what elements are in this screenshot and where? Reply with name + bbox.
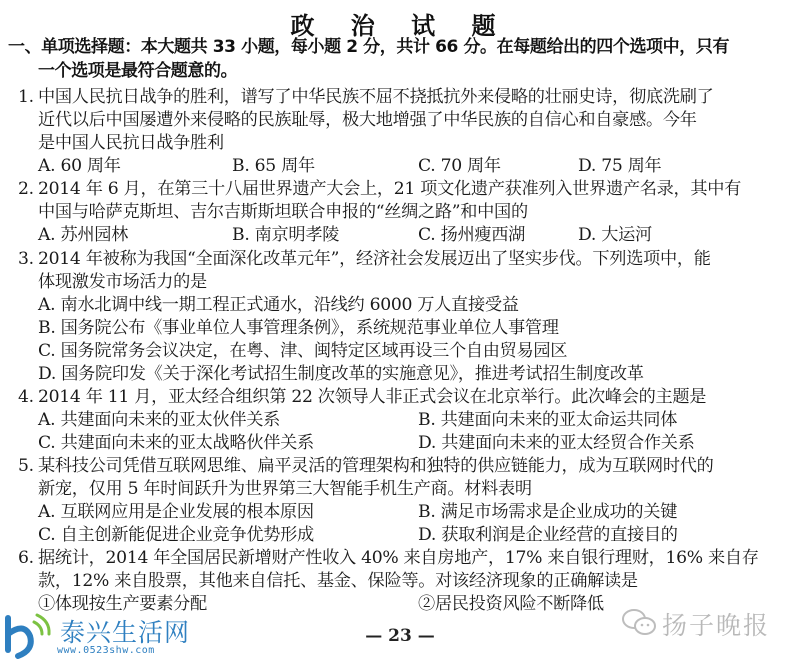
question-stem-line: 中国人民抗日战争的胜利，谱写了中华民族不屈不挠抵抗外来侵略的壮丽史诗，彻底洗刷了	[38, 86, 714, 109]
question-stem-line: 某科技公司凭借互联网思维、扁平灵活的管理架构和独特的供应链能力，成为互联网时代的	[38, 455, 714, 478]
option-c: C. 国务院常务会议决定，在粤、津、闽特定区域再设三个自由贸易园区	[38, 340, 567, 363]
section-heading-line1: 一、单项选择题：本大题共 33 小题，每小题 2 分，共计 66 分。在每题给出…	[8, 36, 729, 59]
question-stem-line: 2014 年 11 月，亚太经合组织第 22 次领导人非正式会议在北京举行。此次…	[38, 386, 706, 409]
question-stem-line: 据统计，2014 年全国居民新增财产性收入 40% 来自房地产，17% 来自银行…	[38, 547, 759, 570]
site-logo-url: www.0523shw.com	[57, 645, 155, 656]
option-b: B. 共建面向未来的亚太命运共同体	[418, 409, 677, 432]
wechat-account-name: 扬子晚报	[662, 606, 770, 642]
option-a: A. 南水北调中线一期工程正式通水，沿线约 6000 万人直接受益	[38, 294, 519, 317]
question-stem-line: 体现激发市场活力的是	[38, 271, 207, 294]
option-c: C. 自主创新能促进企业竞争优势形成	[38, 524, 314, 547]
option-d: D. 国务院印发《关于深化考试招生制度改革的实施意见》，推进考试招生制度改革	[38, 363, 644, 386]
option-c: C. 70 周年	[418, 155, 501, 178]
question-stem-line: 近代以后中国屡遭外来侵略的民族耻辱，极大地增强了中华民族的自信心和自豪感。今年	[38, 109, 697, 132]
site-logo-icon	[4, 612, 58, 660]
question-number: 3.	[18, 248, 34, 271]
exam-page: 政 治 试 题 一、单项选择题：本大题共 33 小题，每小题 2 分，共计 66…	[0, 0, 800, 663]
statement-2: ②居民投资风险不断降低	[418, 593, 604, 616]
question-number: 6.	[18, 547, 34, 570]
option-c: C. 扬州瘦西湖	[418, 224, 525, 247]
question-number: 1.	[18, 86, 34, 109]
option-d: D. 大运河	[578, 224, 652, 247]
option-b: B. 满足市场需求是企业成功的关键	[418, 501, 677, 524]
question-stem-line: 是中国人民抗日战争胜利	[38, 132, 224, 155]
site-logo-name: 泰兴生活网	[60, 613, 190, 649]
question-number: 2.	[18, 178, 34, 201]
question-number: 5.	[18, 455, 34, 478]
option-d: D. 共建面向未来的亚太经贸合作关系	[418, 432, 695, 455]
option-d: D. 获取利润是企业经营的直接目的	[418, 524, 678, 547]
question-stem-line: 中国与哈萨克斯坦、吉尔吉斯斯坦联合申报的“丝绸之路”和中国的	[38, 201, 528, 224]
option-c: C. 共建面向未来的亚太战略伙伴关系	[38, 432, 314, 455]
wechat-icon	[620, 606, 660, 640]
option-a: A. 互联网应用是企业发展的根本原因	[38, 501, 314, 524]
option-a: A. 共建面向未来的亚太伙伴关系	[38, 409, 280, 432]
wechat-watermark: 扬子晚报	[620, 604, 800, 640]
option-b: B. 国务院公布《事业单位人事管理条例》，系统规范事业单位人事管理	[38, 317, 559, 340]
option-d: D. 75 周年	[578, 155, 661, 178]
section-heading-line2: 一个选项是最符合题意的。	[38, 60, 237, 83]
option-a: A. 苏州园林	[38, 224, 128, 247]
option-b: B. 南京明孝陵	[232, 224, 339, 247]
question-stem-line: 2014 年被称为我国“全面深化改革元年”，经济社会发展迈出了坚实步伐。下列选项…	[38, 248, 711, 271]
option-b: B. 65 周年	[232, 155, 315, 178]
option-a: A. 60 周年	[38, 155, 121, 178]
question-stem-line: 款，12% 来自股票，其他来自信托、基金、保险等。对该经济现象的正确解读是	[38, 570, 638, 593]
question-stem-line: 新宠，仅用 5 年时间跃升为世界第三大智能手机生产商。材料表明	[38, 478, 532, 501]
site-logo-watermark: 泰兴生活网 www.0523shw.com	[4, 612, 204, 660]
question-stem-line: 2014 年 6 月，在第三十八届世界遗产大会上，21 项文化遗产获准列入世界遗…	[38, 178, 741, 201]
question-number: 4.	[18, 386, 34, 409]
